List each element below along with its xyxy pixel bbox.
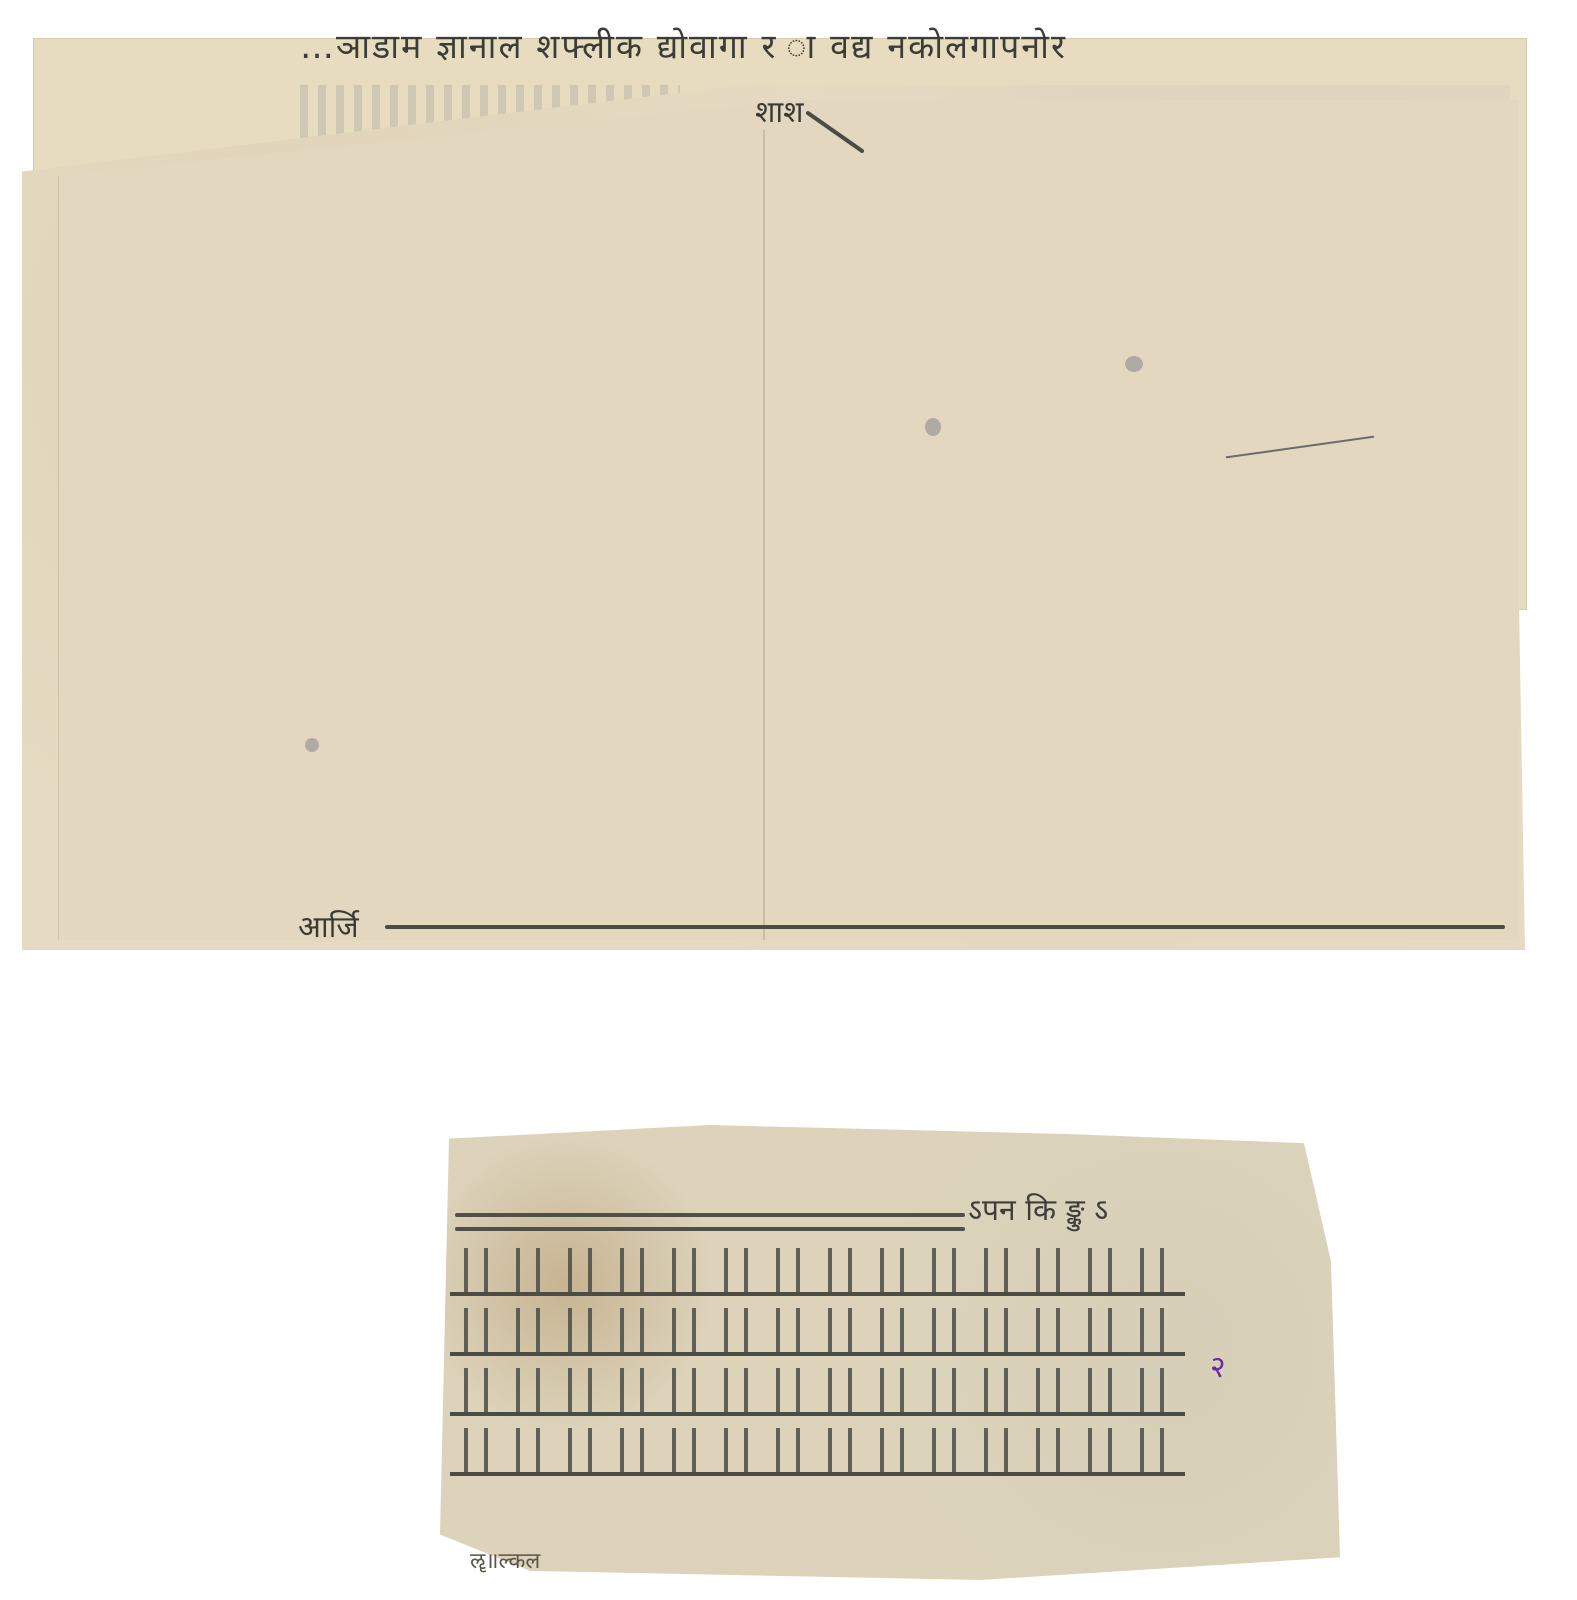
fold-mark: शाश <box>755 90 804 131</box>
ink-spot <box>305 738 319 752</box>
header-rule-top <box>455 1213 965 1217</box>
script-line-4 <box>450 1428 1185 1476</box>
signature-line <box>385 925 1505 929</box>
top-script-line: …ञाडाम ज्ञानाल शफ्लीक द्योवागा र ा वद्य … <box>300 22 1480 62</box>
fragment-header: ऽपन कि ङ्कु ऽ <box>968 1188 1108 1229</box>
ink-spot <box>925 418 941 436</box>
signature: आर्जि <box>298 905 359 946</box>
margin-annotation: २ <box>1210 1345 1226 1386</box>
inner-flap <box>58 100 1519 940</box>
script-line-3 <box>450 1368 1185 1416</box>
script-line-2 <box>450 1308 1185 1356</box>
header-rule-bottom <box>455 1227 965 1231</box>
script-line-1 <box>450 1248 1185 1296</box>
ink-spot <box>1125 356 1143 372</box>
bottom-scribble: ॡ॥ल्कल <box>470 1545 540 1575</box>
fold-line <box>763 130 765 940</box>
